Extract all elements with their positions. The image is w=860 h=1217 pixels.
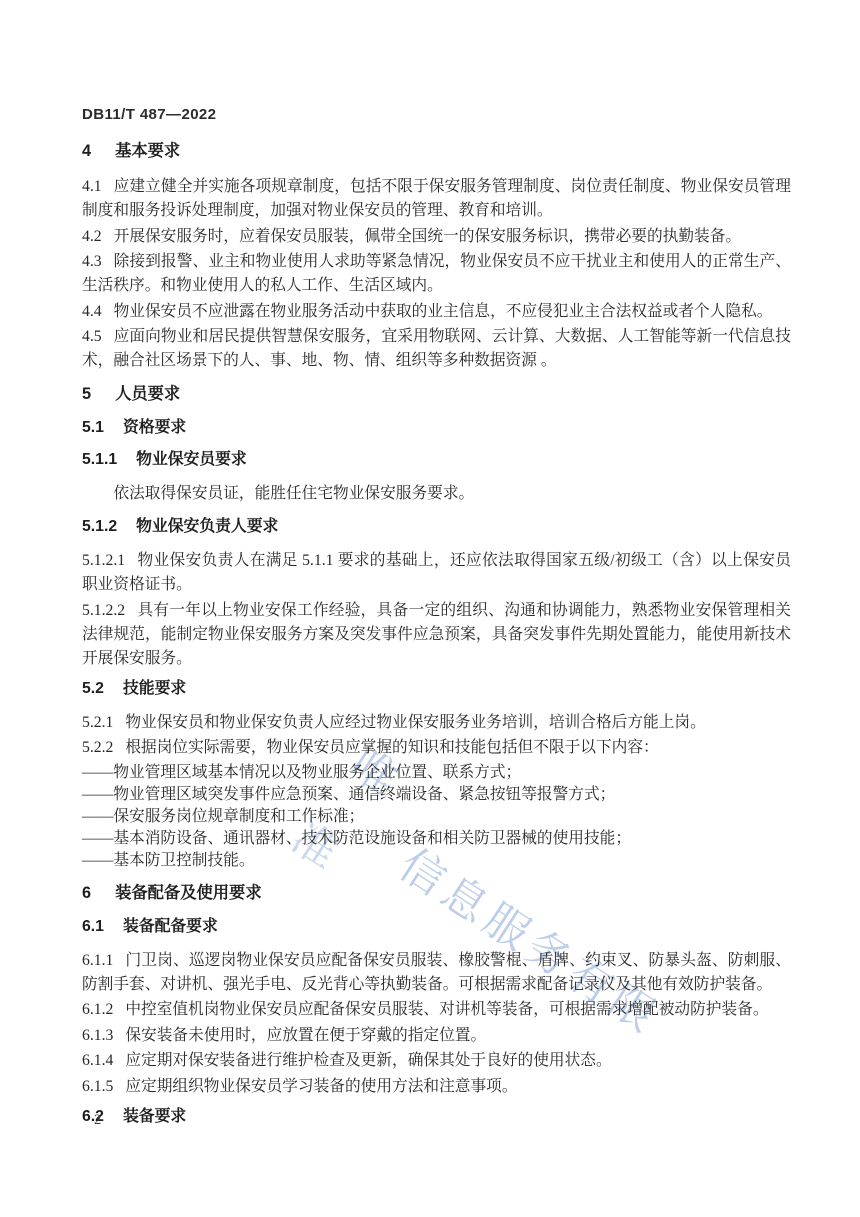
document-page: 唯准信息服务有限 DB11/T 487—2022 4基本要求4.1应建立健全并实… [0,0,860,1217]
section-heading: 5.2技能要求 [82,679,791,699]
clause-text: 中控室值机岗物业保安员应配备保安员服装、对讲机等装备，可根据需求增配被动防护装备… [125,1001,768,1018]
clause-text: 装备配备要求 [123,918,218,935]
clause-text: 物业保安员不应泄露在物业服务活动中获取的业主信息，不应侵犯业主合法权益或者个人隐… [114,303,773,320]
clause-text: 装备配备及使用要求 [115,884,262,902]
clause-number: 4.2 [82,225,102,249]
chapter-heading: 5人员要求 [82,383,791,405]
clause-number: 4 [82,140,91,162]
clause-number: 5.1.2.1 [82,549,125,573]
clause-text: 根据岗位实际需要，物业保安员应掌握的知识和技能包括但不限于以下内容： [125,739,658,756]
clause: 6.1.3保安装备未使用时，应放置在便于穿戴的指定位置。 [82,1024,791,1048]
list-item: ——物业管理区域突发事件应急预案、通信终端设备、紧急按钮等报警方式； [82,784,791,806]
clause: 6.1.5应定期组织物业保安员学习装备的使用方法和注意事项。 [82,1075,791,1099]
list-item: ——基本防卫控制技能。 [82,850,791,872]
clause-number: 4.5 [82,325,102,349]
clause-number: 6 [82,882,91,904]
page-number: 2 [94,1112,101,1129]
clause-number: 6.1 [82,917,104,937]
clause-text: 资格要求 [123,419,186,436]
clause-number: 4.1 [82,175,102,199]
clause: 5.2.2根据岗位实际需要，物业保安员应掌握的知识和技能包括但不限于以下内容： [82,736,791,760]
clause-text: 具有一年以上物业安保工作经验，具备一定的组织、沟通和协调能力，熟悉物业安保管理相… [82,602,791,667]
list-item: ——保安服务岗位规章制度和工作标准； [82,806,791,828]
document-body: 4基本要求4.1应建立健全并实施各项规章制度，包括不限于保安服务管理制度、岗位责… [82,138,791,1139]
clause-text: 技能要求 [123,680,186,697]
clause-number: 5.1.1 [82,450,117,470]
clause: 5.1.2.1物业保安负责人在满足 5.1.1 要求的基础上，还应依法取得国家五… [82,549,791,597]
clause-number: 5 [82,383,91,405]
clause-number: 5.1.2.2 [82,599,125,623]
section-heading: 6.2装备要求 [82,1107,791,1127]
clause-number: 5.1 [82,418,104,438]
clause-number: 5.2.1 [82,711,113,735]
clause: 4.3除接到报警、业主和物业使用人求助等紧急情况，物业保安员不应干扰业主和使用人… [82,250,791,298]
clause-text: 物业保安负责人要求 [136,518,278,535]
section-heading: 5.1.2物业保安负责人要求 [82,517,791,537]
clause-text: 开展保安服务时，应着保安员服装，佩带全国统一的保安服务标识，携带必要的执勤装备。 [114,228,742,245]
doc-header: DB11/T 487—2022 [82,106,216,123]
clause-number: 6.1.1 [82,949,113,973]
clause-number: 5.2.2 [82,736,113,760]
clause-number: 5.2 [82,679,104,699]
clause-text: 应建立健全并实施各项规章制度，包括不限于保安服务管理制度、岗位责任制度、物业保安… [82,178,791,219]
clause-text: 物业保安员要求 [136,451,247,468]
chapter-heading: 6装备配备及使用要求 [82,882,791,904]
clause-text: 除接到报警、业主和物业使用人求助等紧急情况，物业保安员不应干扰业主和使用人的正常… [82,253,791,294]
clause-number: 5.1.2 [82,517,117,537]
clause-number: 6.1.5 [82,1075,113,1099]
list-item: ——基本消防设备、通讯器材、技术防范设施设备和相关防卫器械的使用技能； [82,828,791,850]
clause-text: 物业保安负责人在满足 5.1.1 要求的基础上，还应依法取得国家五级/初级工（含… [82,552,791,593]
chapter-heading: 4基本要求 [82,140,791,162]
clause: 4.2开展保安服务时，应着保安员服装，佩带全国统一的保安服务标识，携带必要的执勤… [82,225,791,249]
clause-text: 保安装备未使用时，应放置在便于穿戴的指定位置。 [125,1027,486,1044]
clause-text: 门卫岗、巡逻岗物业保安员应配备保安员服装、橡胶警棍、盾牌、约束叉、防暴头盔、防刺… [82,952,791,993]
clause: 6.1.2中控室值机岗物业保安员应配备保安员服装、对讲机等装备，可根据需求增配被… [82,998,791,1022]
clause-text: 应定期组织物业保安员学习装备的使用方法和注意事项。 [125,1078,517,1095]
clause-number: 6.1.4 [82,1049,113,1073]
section-heading: 5.1资格要求 [82,418,791,438]
clause-text: 装备要求 [123,1108,186,1125]
clause-text: 人员要求 [115,385,180,403]
clause-text: 基本要求 [115,142,180,160]
section-heading: 6.1装备配备要求 [82,917,791,937]
clause-text: 物业保安员和物业保安负责人应经过物业保安服务业务培训，培训合格后方能上岗。 [125,714,705,731]
clause: 4.4物业保安员不应泄露在物业服务活动中获取的业主信息，不应侵犯业主合法权益或者… [82,300,791,324]
clause-text: 应定期对保安装备进行维护检查及更新，确保其处于良好的使用状态。 [125,1052,611,1069]
clause-number: 4.4 [82,300,102,324]
clause: 6.1.4应定期对保安装备进行维护检查及更新，确保其处于良好的使用状态。 [82,1049,791,1073]
clause-number: 4.3 [82,250,102,274]
clause-number: 6.1.3 [82,1024,113,1048]
clause: 4.1应建立健全并实施各项规章制度，包括不限于保安服务管理制度、岗位责任制度、物… [82,175,791,223]
clause: 4.5应面向物业和居民提供智慧保安服务，宜采用物联网、云计算、大数据、人工智能等… [82,325,791,373]
clause: 5.2.1物业保安员和物业保安负责人应经过物业保安服务业务培训，培训合格后方能上… [82,711,791,735]
clause: 5.1.2.2具有一年以上物业安保工作经验，具备一定的组织、沟通和协调能力，熟悉… [82,599,791,671]
section-heading: 5.1.1物业保安员要求 [82,450,791,470]
clause-number: 6.1.2 [82,998,113,1022]
clause-text: 应面向物业和居民提供智慧保安服务，宜采用物联网、云计算、大数据、人工智能等新一代… [82,328,791,369]
list-item: ——物业管理区域基本情况以及物业服务企业位置、联系方式； [82,762,791,784]
paragraph: 依法取得保安员证，能胜任住宅物业保安服务要求。 [82,482,791,506]
clause: 6.1.1门卫岗、巡逻岗物业保安员应配备保安员服装、橡胶警棍、盾牌、约束叉、防暴… [82,949,791,997]
